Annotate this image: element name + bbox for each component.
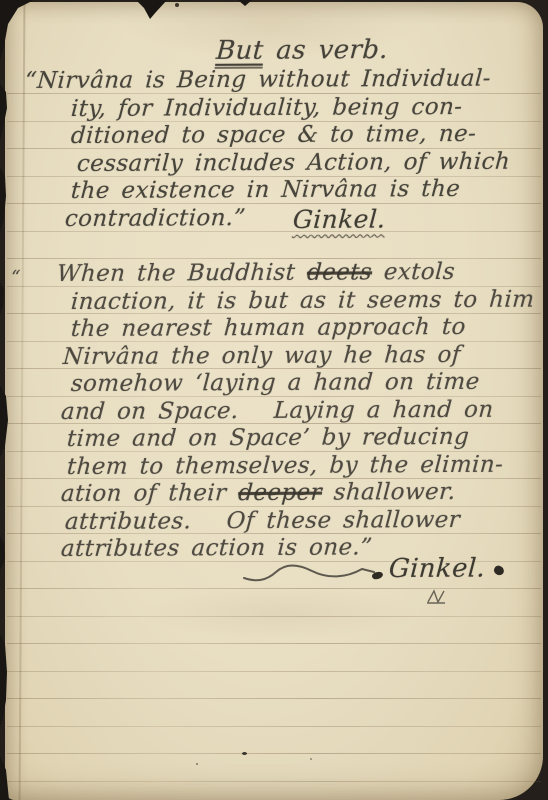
quote-line: ditioned to space & to time, ne- (70, 121, 477, 150)
ruled-line (7, 643, 541, 644)
quote-line: When the Buddhist deets extols (56, 259, 456, 288)
quote-line: the existence in Nirvâna is the (70, 176, 461, 205)
ink-scribble (424, 588, 450, 606)
quote-line: attributes. Of these shallower (64, 507, 461, 536)
paper-speck (196, 763, 198, 765)
line-text: shallower. (321, 479, 456, 506)
quote-line: “Nirvâna is Being without Individual- (24, 66, 492, 95)
quote-line: somehow ‘laying a hand on time (70, 369, 481, 398)
scanned-page-photo: But as verb. “Nirvâna is Being without I… (0, 0, 548, 800)
quote-line: ation of their deeper shallower. (60, 479, 457, 508)
strikethrough-word: deeper (237, 480, 322, 506)
ruled-line (7, 726, 541, 727)
quote-line: Nirvâna the only way he has of (62, 342, 462, 371)
signature-flourish (242, 562, 382, 586)
quote-line: them to themselves, by the elimin- (66, 452, 504, 481)
quote-line: cessarily includes Action, of which (76, 149, 511, 178)
ruled-line (7, 258, 541, 259)
line-text: extols (371, 259, 456, 285)
ruled-line (7, 616, 541, 617)
paper-speck (175, 3, 179, 7)
ruled-line (7, 698, 541, 699)
line-text: When the Buddhist (56, 260, 308, 287)
line-text: ation of their (60, 480, 239, 507)
strikethrough-word: deets (306, 259, 373, 285)
ruled-line (7, 671, 541, 672)
quote-line: contradiction.” (64, 205, 247, 233)
attribution-signature: Ginkel. (388, 555, 486, 583)
ruled-line (7, 588, 541, 589)
quote-line: inaction, it is but as it seems to him (70, 287, 535, 316)
margin-open-quote: “ (10, 264, 21, 291)
quote-line: attributes action is one.” (60, 534, 373, 563)
attribution-signature: Ginkel. (292, 206, 387, 233)
quote-line: and on Space. Laying a hand on (60, 397, 494, 426)
ruled-line (7, 753, 541, 754)
page-title-underlined-word: But (215, 36, 265, 69)
ruled-line (7, 781, 541, 782)
quote-line: time and on Space’ by reducing (66, 424, 470, 453)
paper-speck (242, 752, 247, 755)
paper-speck (310, 758, 312, 760)
quote-line: the nearest human approach to (70, 314, 467, 343)
quote-line: ity, for Individuality, being con- (70, 94, 463, 123)
page-title-rest: as verb. (263, 35, 389, 66)
torn-edge-left (0, 282, 4, 314)
